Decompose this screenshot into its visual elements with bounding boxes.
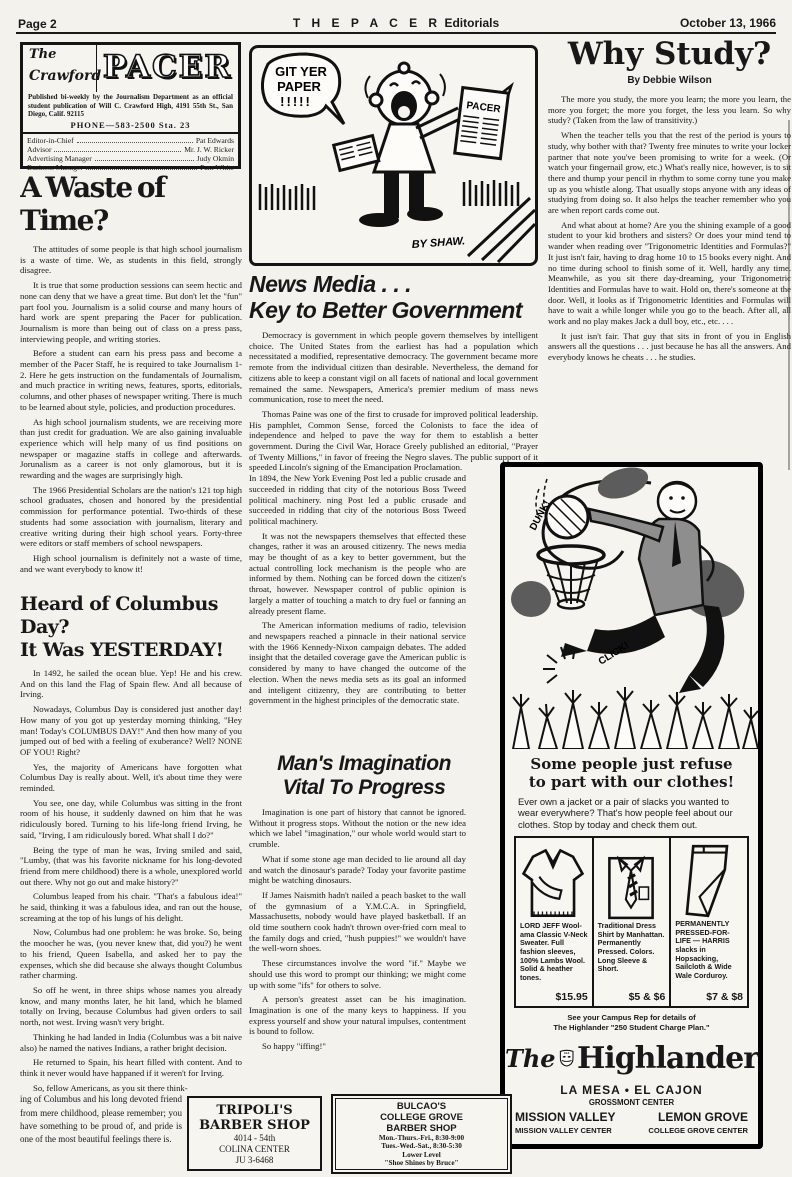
article-waste-of-time: A Waste of Time? The attitudes of some p… — [20, 171, 242, 593]
staff-role: Editor-in-Chief — [27, 136, 74, 145]
wrapped-text-block: ing of Columbus and his long devoted fri… — [20, 1093, 182, 1146]
location-center: COLLEGE GROVE CENTER — [648, 1124, 748, 1137]
paragraph: These circumstances involve the word "if… — [249, 958, 466, 990]
shop-name-line1: BULCAO'S — [397, 1101, 446, 1112]
staff-name: Mr. J. W. Ricker — [184, 145, 234, 154]
paper-name: T H E P A C E R — [293, 16, 441, 30]
location-left: MISSION VALLEY MISSION VALLEY CENTER — [515, 1111, 615, 1137]
product-row: LORD JEFF Wool-ama Classic V-Neck Sweate… — [514, 836, 749, 1008]
grass-right — [464, 180, 518, 206]
paragraph: Columbus leaped from his chair. "That's … — [20, 891, 242, 923]
ink-blob — [594, 467, 652, 504]
paragraph: Being the type of man he was, Irving smi… — [20, 845, 242, 888]
product-price: $15.95 — [520, 991, 588, 1003]
article-title: Man's Imagination Vital To Progress — [249, 752, 479, 800]
tripoli-ad-box: TRIPOLI'S BARBER SHOP 4014 - 54th COLINA… — [187, 1096, 322, 1171]
shop-shine: "Shoe Shines by Bruce" — [336, 1159, 507, 1167]
location-right: LEMON GROVE COLLEGE GROVE CENTER — [648, 1111, 748, 1137]
byline: By Debbie Wilson — [548, 75, 791, 86]
store-name: Highlander — [577, 1041, 758, 1076]
headline-line2: to part with our clothes! — [529, 773, 734, 791]
speech-text: GIT YER — [275, 64, 327, 79]
dotted-leader — [95, 154, 194, 161]
eye — [681, 496, 685, 500]
store-logo: The Highlander — [505, 1035, 758, 1081]
dotted-leader — [77, 136, 193, 143]
article-news-media: News Media . . . Key to Better Governmen… — [249, 271, 538, 751]
article-imagination: Man's Imagination Vital To Progress Imag… — [249, 752, 479, 1087]
publication-info: Published bi-weekly by the Journalism De… — [23, 92, 238, 119]
paragraph: So off he went, in three ships whose nam… — [20, 985, 242, 1028]
leg — [409, 172, 424, 212]
crest-shield-icon — [559, 1035, 574, 1081]
held-newspaper: PACER — [455, 80, 512, 159]
shop-level: Lower Level — [336, 1151, 507, 1159]
dunking-arm — [589, 509, 663, 541]
staff-name: Judy Okmin — [197, 154, 234, 163]
ear — [426, 92, 438, 104]
paragraph: You see, one day, while Columbus was sit… — [20, 798, 242, 841]
speech-text: !!!!! — [280, 94, 312, 109]
paragraph: Yes, the majority of Americans have forg… — [20, 762, 242, 794]
header-rule — [16, 32, 776, 34]
ear — [370, 94, 382, 106]
newsboy-cartoon: GIT YER PAPER !!!!! PACER — [252, 48, 535, 263]
leg — [384, 172, 399, 218]
masthead-top: The Crawford PACER — [23, 45, 238, 92]
product-sweater: LORD JEFF Wool-ama Classic V-Neck Sweate… — [516, 838, 592, 1006]
paper-stack — [334, 136, 379, 171]
product-text: Traditional Dress Shirt by Manhattan. Pe… — [598, 922, 666, 974]
paragraph: He returned to Spain, his heart filled w… — [20, 1057, 242, 1078]
title-line2: Key to Better Government — [249, 297, 522, 323]
masthead-name-left: The Crawford — [23, 45, 97, 92]
paragraph: It is true that some production sessions… — [20, 280, 242, 344]
title-line1: Heard of Columbus Day? — [20, 593, 218, 638]
article-title: News Media . . . Key to Better Governmen… — [249, 271, 538, 323]
store-locations: MISSION VALLEY MISSION VALLEY CENTER LEM… — [505, 1107, 758, 1137]
paragraph: The American information mediums of radi… — [249, 620, 466, 706]
dress-shirt-icon — [598, 850, 664, 922]
grass-left — [260, 184, 314, 210]
headline-line1: Some people just refuse — [530, 755, 732, 773]
tongue — [398, 106, 410, 118]
paragraph: High school journalism is definitely not… — [20, 553, 242, 574]
editorial-cartoon-box: GIT YER PAPER !!!!! PACER — [249, 45, 538, 266]
road-lines — [468, 198, 535, 262]
shop-name-line1: TRIPOLI'S — [216, 1103, 292, 1118]
shoe — [359, 213, 399, 227]
article-why-study: Why Study? By Debbie Wilson The more you… — [548, 36, 791, 462]
staff-name: Pat Edwards — [196, 136, 234, 145]
dotted-leader — [54, 145, 181, 152]
campus-rep-note: See your Campus Rep for details of The H… — [505, 1013, 758, 1032]
crowd-hands — [513, 687, 758, 749]
cap-button — [399, 63, 409, 73]
staff-row: Editor-in-ChiefPat Edwards — [27, 136, 234, 145]
paragraph: So, fellow Americans, as you sit there t… — [20, 1083, 242, 1094]
running-head: T H E P A C E R Editorials — [0, 16, 792, 30]
title-line1: News Media . . . — [249, 271, 411, 297]
eye — [669, 496, 673, 500]
newspaper-page: Page 2 T H E P A C E R Editorials Octobe… — [0, 0, 792, 1177]
bulcao-ad-inner: BULCAO'S COLLEGE GROVE BARBER SHOP Mon.-… — [335, 1098, 508, 1170]
product-text: PERMANENTLY PRESSED-FOR-LIFE — HARRIS sl… — [675, 920, 743, 980]
shop-address: 4014 - 54th — [189, 1133, 320, 1144]
staff-row: Advertising ManagerJudy Okmin — [27, 154, 234, 163]
paragraph: It just isn't fair. That guy that sits i… — [548, 331, 791, 363]
ad-body-text: Ever own a jacket or a pair of slacks yo… — [505, 796, 758, 830]
issue-date: October 13, 1966 — [680, 16, 776, 30]
masthead-box: The Crawford PACER Published bi-weekly b… — [20, 42, 241, 169]
staff-role: Advertising Manager — [27, 154, 92, 163]
shop-name-line2: BARBER SHOP — [199, 1118, 310, 1133]
location-name: LEMON GROVE — [658, 1110, 748, 1124]
dotted-leader — [86, 163, 197, 170]
bulcao-ad-box: BULCAO'S COLLEGE GROVE BARBER SHOP Mon.-… — [331, 1094, 512, 1174]
shop-name-line3: BARBER SHOP — [386, 1123, 456, 1134]
paragraph: Before a student can earn his press pass… — [20, 348, 242, 412]
store-the: The — [505, 1044, 556, 1073]
staff-row: AdvisorMr. J. W. Ricker — [27, 145, 234, 154]
paragraph: In 1492, he sailed the ocean blue. Yep! … — [20, 668, 242, 700]
product-price: $5 & $6 — [598, 991, 666, 1003]
dunk-cartoon: DUNK! CLICK! — [505, 467, 758, 749]
title-line2: It Was YESTERDAY! — [20, 639, 223, 661]
hoop-rim — [538, 546, 604, 564]
slacks-icon — [675, 842, 741, 920]
paragraph: The more you study, the more you learn; … — [548, 94, 791, 126]
article-title: Heard of Columbus Day? It Was YESTERDAY! — [20, 593, 242, 662]
paragraph: In 1894, the New York Evening Post led a… — [249, 473, 466, 527]
article-title: Why Study? — [548, 36, 791, 72]
shop-phone: JU 3-6468 — [189, 1155, 320, 1166]
store-cities: LA MESA • EL CAJON — [505, 1083, 758, 1097]
paragraph: What if some stone age man decided to li… — [249, 854, 466, 886]
speech-text: PAPER — [277, 79, 321, 94]
product-slacks: PERMANENTLY PRESSED-FOR-LIFE — HARRIS sl… — [669, 838, 747, 1006]
campus-line2: The Highlander "250 Student Charge Plan.… — [553, 1023, 709, 1032]
paragraph: Democracy is government in which people … — [249, 330, 538, 405]
article-title: A Waste of Time? — [20, 171, 242, 237]
paragraph: A person's greatest asset can be his ima… — [249, 994, 466, 1037]
campus-line1: See your Campus Rep for details of — [567, 1013, 695, 1022]
ad-headline: Some people just refuse to part with our… — [505, 756, 758, 791]
pacer-logo: PACER — [97, 45, 238, 92]
wrapped-text-block: In 1894, the New York Evening Post led a… — [249, 473, 466, 706]
store-grossmont: GROSSMONT CENTER — [505, 1098, 758, 1107]
section-name: Editorials — [444, 16, 499, 30]
article-columbus-day: Heard of Columbus Day? It Was YESTERDAY!… — [20, 593, 242, 1160]
paragraph: Now, Columbus had one problem: he was br… — [20, 927, 242, 981]
ink-blob — [511, 581, 551, 617]
paragraph: As high school journalism students, we a… — [20, 417, 242, 481]
shop-chairs: 6 Chairs — [336, 1168, 507, 1170]
product-shirt: Traditional Dress Shirt by Manhattan. Pe… — [592, 838, 670, 1006]
masthead-the: The — [29, 47, 92, 62]
shop-center: COLINA CENTER — [189, 1144, 320, 1155]
title-line2: Vital To Progress — [283, 776, 446, 799]
shop-name-line2: COLLEGE GROVE — [380, 1112, 463, 1123]
shop-name: BULCAO'S COLLEGE GROVE BARBER SHOP — [336, 1101, 507, 1134]
masthead-crawford: Crawford — [29, 68, 92, 84]
shop-hours: Mon.-Thurs.-Fri., 8:30-9:00 — [336, 1134, 507, 1142]
artist-signature: BY SHAW. — [411, 235, 465, 251]
shop-name: TRIPOLI'S BARBER SHOP — [189, 1103, 320, 1133]
paragraph: Thinking he had landed in India (Columbu… — [20, 1032, 242, 1053]
highlander-ad-box: DUNK! CLICK! — [500, 462, 763, 1149]
location-name: MISSION VALLEY — [515, 1110, 615, 1124]
article-body: Imagination is one part of history that … — [249, 807, 466, 1052]
paragraph: So happy "iffing!" — [249, 1041, 466, 1052]
location-center: MISSION VALLEY CENTER — [515, 1124, 615, 1137]
shop-hours: Tues.-Wed.-Sat., 8:30-5:30 — [336, 1142, 507, 1150]
staff-role: Advisor — [27, 145, 51, 154]
paragraph: ing of Columbus and his long devoted fri… — [20, 1093, 182, 1146]
sweater-icon — [520, 842, 586, 922]
shirt — [374, 124, 434, 172]
paragraph: Thomas Paine was one of the first to cru… — [249, 409, 538, 473]
phone-line: PHONE—583-2500 Sta. 23 — [23, 120, 238, 130]
slacks-back-leg — [689, 605, 724, 687]
title-line1: Man's Imagination — [277, 752, 451, 775]
product-text: LORD JEFF Wool-ama Classic V-Neck Sweate… — [520, 922, 588, 982]
paragraph: And what about at home? Are you the shin… — [548, 220, 791, 327]
product-price: $7 & $8 — [675, 991, 743, 1003]
net — [543, 559, 598, 604]
paragraph: The attitudes of some people is that hig… — [20, 244, 242, 276]
paragraph: The 1966 Presidential Scholars are the n… — [20, 485, 242, 549]
paragraph: Nowadays, Columbus Day is considered jus… — [20, 704, 242, 758]
paragraph: Imagination is one part of history that … — [249, 807, 466, 850]
paragraph: When the teacher tells you that the rest… — [548, 130, 791, 216]
paragraph: If James Naismith hadn't nailed a peach … — [249, 890, 466, 954]
staff-list: Editor-in-ChiefPat Edwards AdvisorMr. J.… — [23, 132, 238, 172]
shoe — [407, 207, 443, 221]
paragraph: It was not the newspapers themselves tha… — [249, 531, 466, 617]
